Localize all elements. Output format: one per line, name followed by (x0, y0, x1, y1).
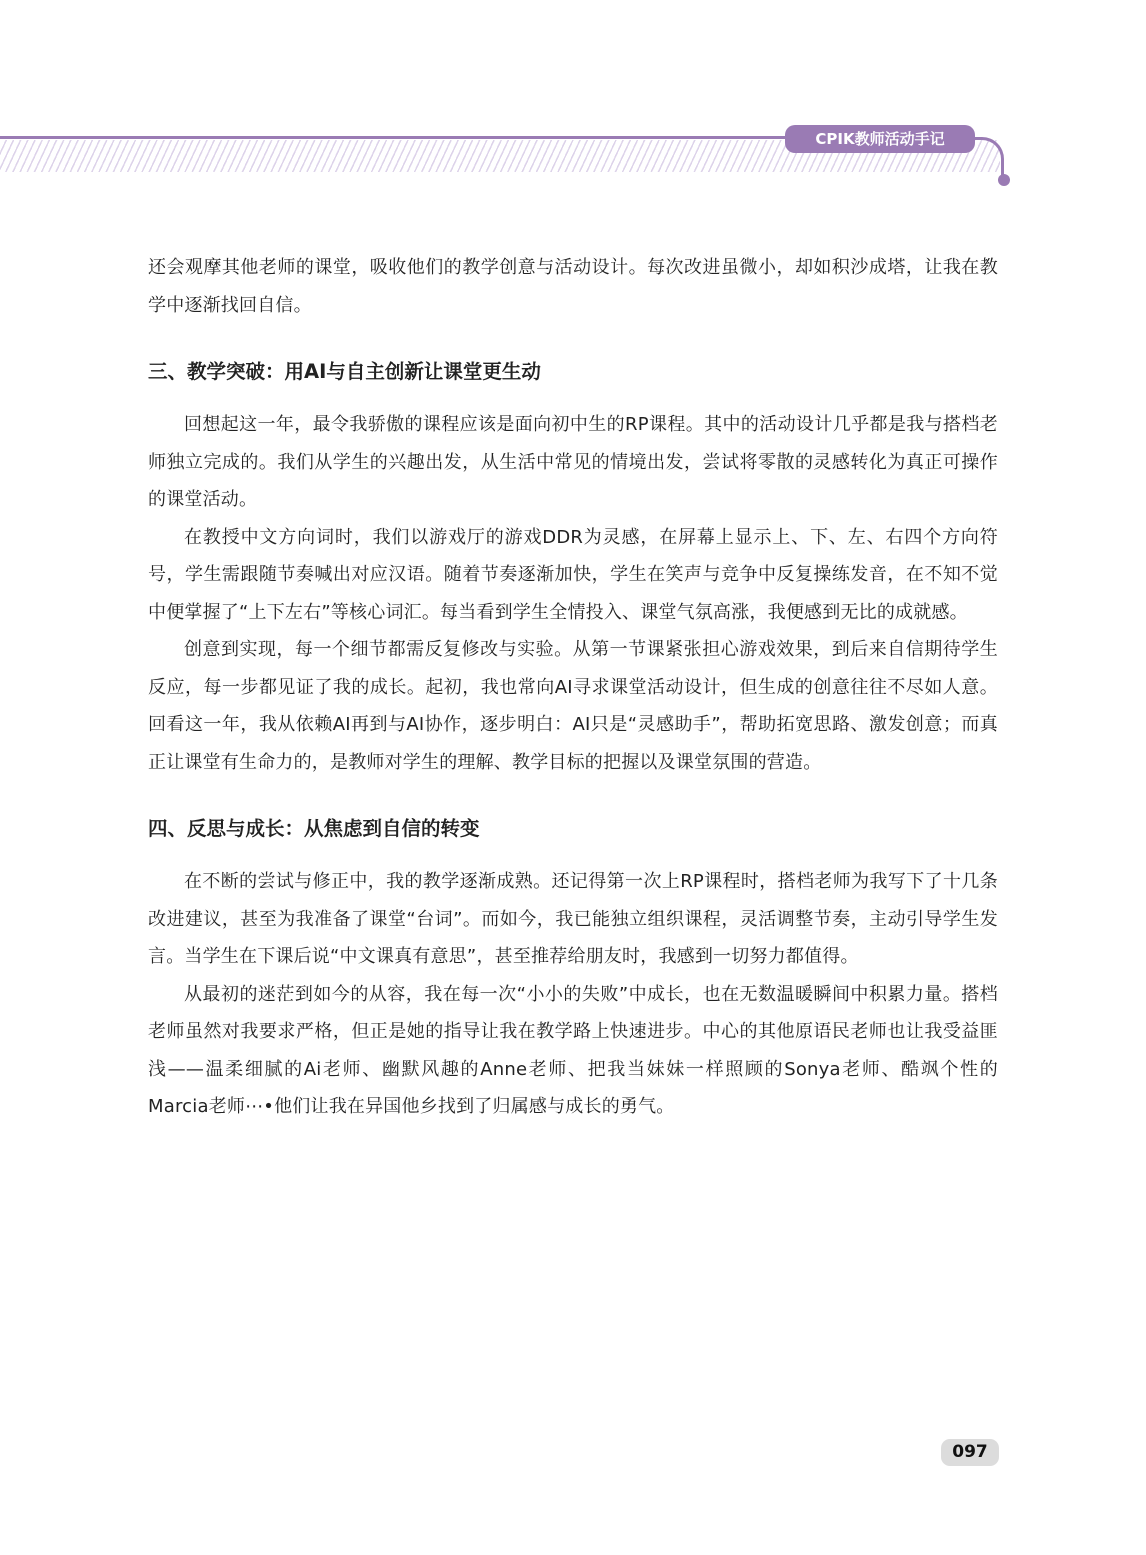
section4-paragraph-2: 从最初的迷茫到如今的从容，我在每一次“小小的失败”中成长，也在无数温暖瞬间中积累… (148, 976, 998, 1126)
header-dot-decoration (998, 174, 1010, 186)
section-heading-3: 三、教学突破：用AI与自主创新让课堂更生动 (148, 358, 998, 386)
section3-paragraph-2: 在教授中文方向词时，我们以游戏厅的游戏DDR为灵感，在屏幕上显示上、下、左、右四… (148, 519, 998, 632)
intro-paragraph: 还会观摩其他老师的课堂，吸收他们的教学创意与活动设计。每次改进虽微小，却如积沙成… (148, 249, 998, 324)
section3-paragraph-3: 创意到实现，每一个细节都需反复修改与实验。从第一节课紧张担心游戏效果，到后来自信… (148, 631, 998, 781)
section3-paragraph-1: 回想起这一年，最令我骄傲的课程应该是面向初中生的RP课程。其中的活动设计几乎都是… (148, 406, 998, 519)
page-number: 097 (941, 1439, 999, 1466)
running-header-title: CPIK教师活动手记 (785, 125, 975, 153)
section4-paragraph-1: 在不断的尝试与修正中，我的教学逐渐成熟。还记得第一次上RP课程时，搭档老师为我写… (148, 863, 998, 976)
section-heading-4: 四、反思与成长：从焦虑到自信的转变 (148, 815, 998, 843)
header-rule (0, 136, 790, 139)
page-body: 还会观摩其他老师的课堂，吸收他们的教学创意与活动设计。每次改进虽微小，却如积沙成… (148, 249, 998, 1126)
